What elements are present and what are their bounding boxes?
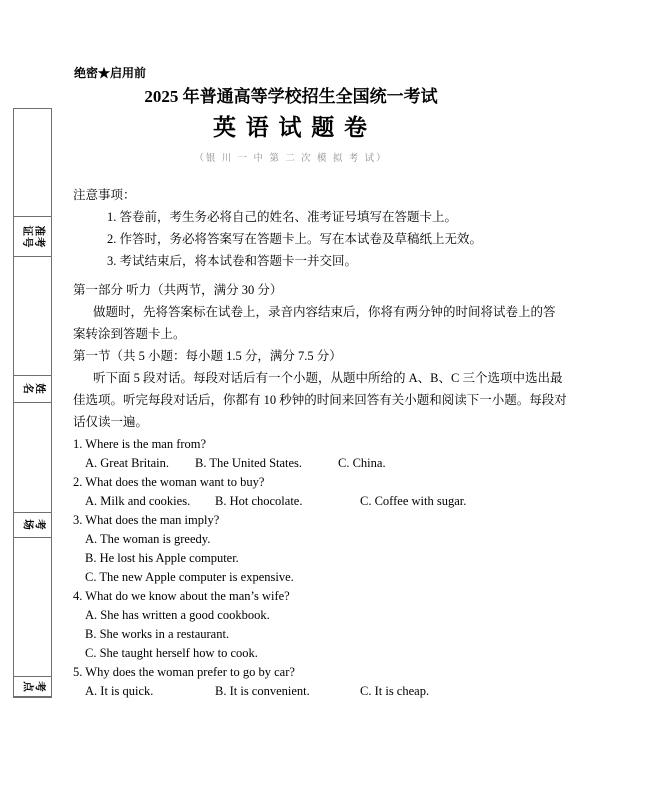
question-list: 1. Where is the man from? A. Great Brita… <box>61 435 621 701</box>
notice-item: 2. 作答时，务必将答案写在答题卡上。写在本试卷及草稿纸上无效。 <box>107 228 621 250</box>
seal-field-name: 姓 名 <box>14 375 51 403</box>
option: B. Hot chocolate. <box>215 492 360 511</box>
seal-blank-cell <box>14 257 51 375</box>
seal-label-exam-room: 考 场 <box>21 519 45 531</box>
notice-item: 3. 考试结束后，将本试卷和答题卡一并交回。 <box>107 250 621 272</box>
option-row: A. Great Britain. B. The United States. … <box>85 454 621 473</box>
option-line: B. He lost his Apple computer. <box>85 549 621 568</box>
section1-heading: 第一节（共 5 小题：每小题 1.5 分，满分 7.5 分） <box>73 345 621 367</box>
question-text: 3. What does the man imply? <box>73 511 621 530</box>
part1-intro-line: 做题时，先将答案标在试卷上，录音内容结束后，你将有两分钟的时间将试卷上的答 <box>73 301 621 323</box>
seal-field-admission-number: 准考 证号 <box>14 216 51 257</box>
exam-paper-page: 准考 证号 姓 名 考 场 考 点 绝密★启用前 2025 年普通高等学校招生全… <box>0 0 656 798</box>
option: A. It is quick. <box>85 682 215 701</box>
question-text: 1. Where is the man from? <box>73 435 621 454</box>
option-line: B. She works in a restaurant. <box>85 625 621 644</box>
question-text: 4. What do we know about the man’s wife? <box>73 587 621 606</box>
option: C. Coffee with sugar. <box>360 492 466 511</box>
paper-content: 绝密★启用前 2025 年普通高等学校招生全国统一考试 英 语 试 题 卷 （银… <box>61 62 621 701</box>
seal-blank-cell <box>14 403 51 512</box>
seal-label-name: 姓 名 <box>21 383 45 395</box>
option: B. The United States. <box>195 454 338 473</box>
part1-intro-line: 案转涂到答题卡上。 <box>73 323 621 345</box>
option-row: A. It is quick. B. It is convenient. C. … <box>85 682 621 701</box>
section1-intro-line: 话仅读一遍。 <box>73 411 621 433</box>
part1-heading: 第一部分 听力（共两节，满分 30 分） <box>73 279 621 301</box>
option-line: C. The new Apple computer is expensive. <box>85 568 621 587</box>
seal-field-exam-site: 考 点 <box>14 676 51 697</box>
question-text: 2. What does the woman want to buy? <box>73 473 621 492</box>
option-row: A. Milk and cookies. B. Hot chocolate. C… <box>85 492 621 511</box>
option-line: A. She has written a good cookbook. <box>85 606 621 625</box>
seal-label-admission-number: 准考 证号 <box>21 225 45 248</box>
question-text: 5. Why does the woman prefer to go by ca… <box>73 663 621 682</box>
section1-intro-line: 听下面 5 段对话。每段对话后有一个小题，从题中所给的 A、B、C 三个选项中选… <box>73 367 621 389</box>
option: B. It is convenient. <box>215 682 360 701</box>
paper-subtitle: （银 川 一 中 第 二 次 模 拟 考 试） <box>61 146 521 172</box>
notice-heading: 注意事项： <box>73 184 621 206</box>
seal-column: 准考 证号 姓 名 考 场 考 点 <box>13 108 52 698</box>
notice-item: 1. 答卷前，考生务必将自己的姓名、准考证号填写在答题卡上。 <box>107 206 621 228</box>
option-line: A. The woman is greedy. <box>85 530 621 549</box>
option: A. Milk and cookies. <box>85 492 215 511</box>
option-line: C. She taught herself how to cook. <box>85 644 621 663</box>
seal-blank-cell <box>14 109 51 216</box>
seal-field-exam-room: 考 场 <box>14 512 51 538</box>
seal-blank-cell <box>14 538 51 676</box>
paper-title: 英 语 试 题 卷 <box>61 110 521 146</box>
option: C. China. <box>338 454 386 473</box>
option: C. It is cheap. <box>360 682 429 701</box>
seal-label-exam-site: 考 点 <box>21 681 45 693</box>
exam-title: 2025 年普通高等学校招生全国统一考试 <box>61 84 521 110</box>
option: A. Great Britain. <box>85 454 195 473</box>
section1-intro-line: 佳选项。听完每段对话后，你都有 10 秒钟的时间来回答有关小题和阅读下一小题。每… <box>73 389 621 411</box>
secrecy-label: 绝密★启用前 <box>74 62 621 84</box>
